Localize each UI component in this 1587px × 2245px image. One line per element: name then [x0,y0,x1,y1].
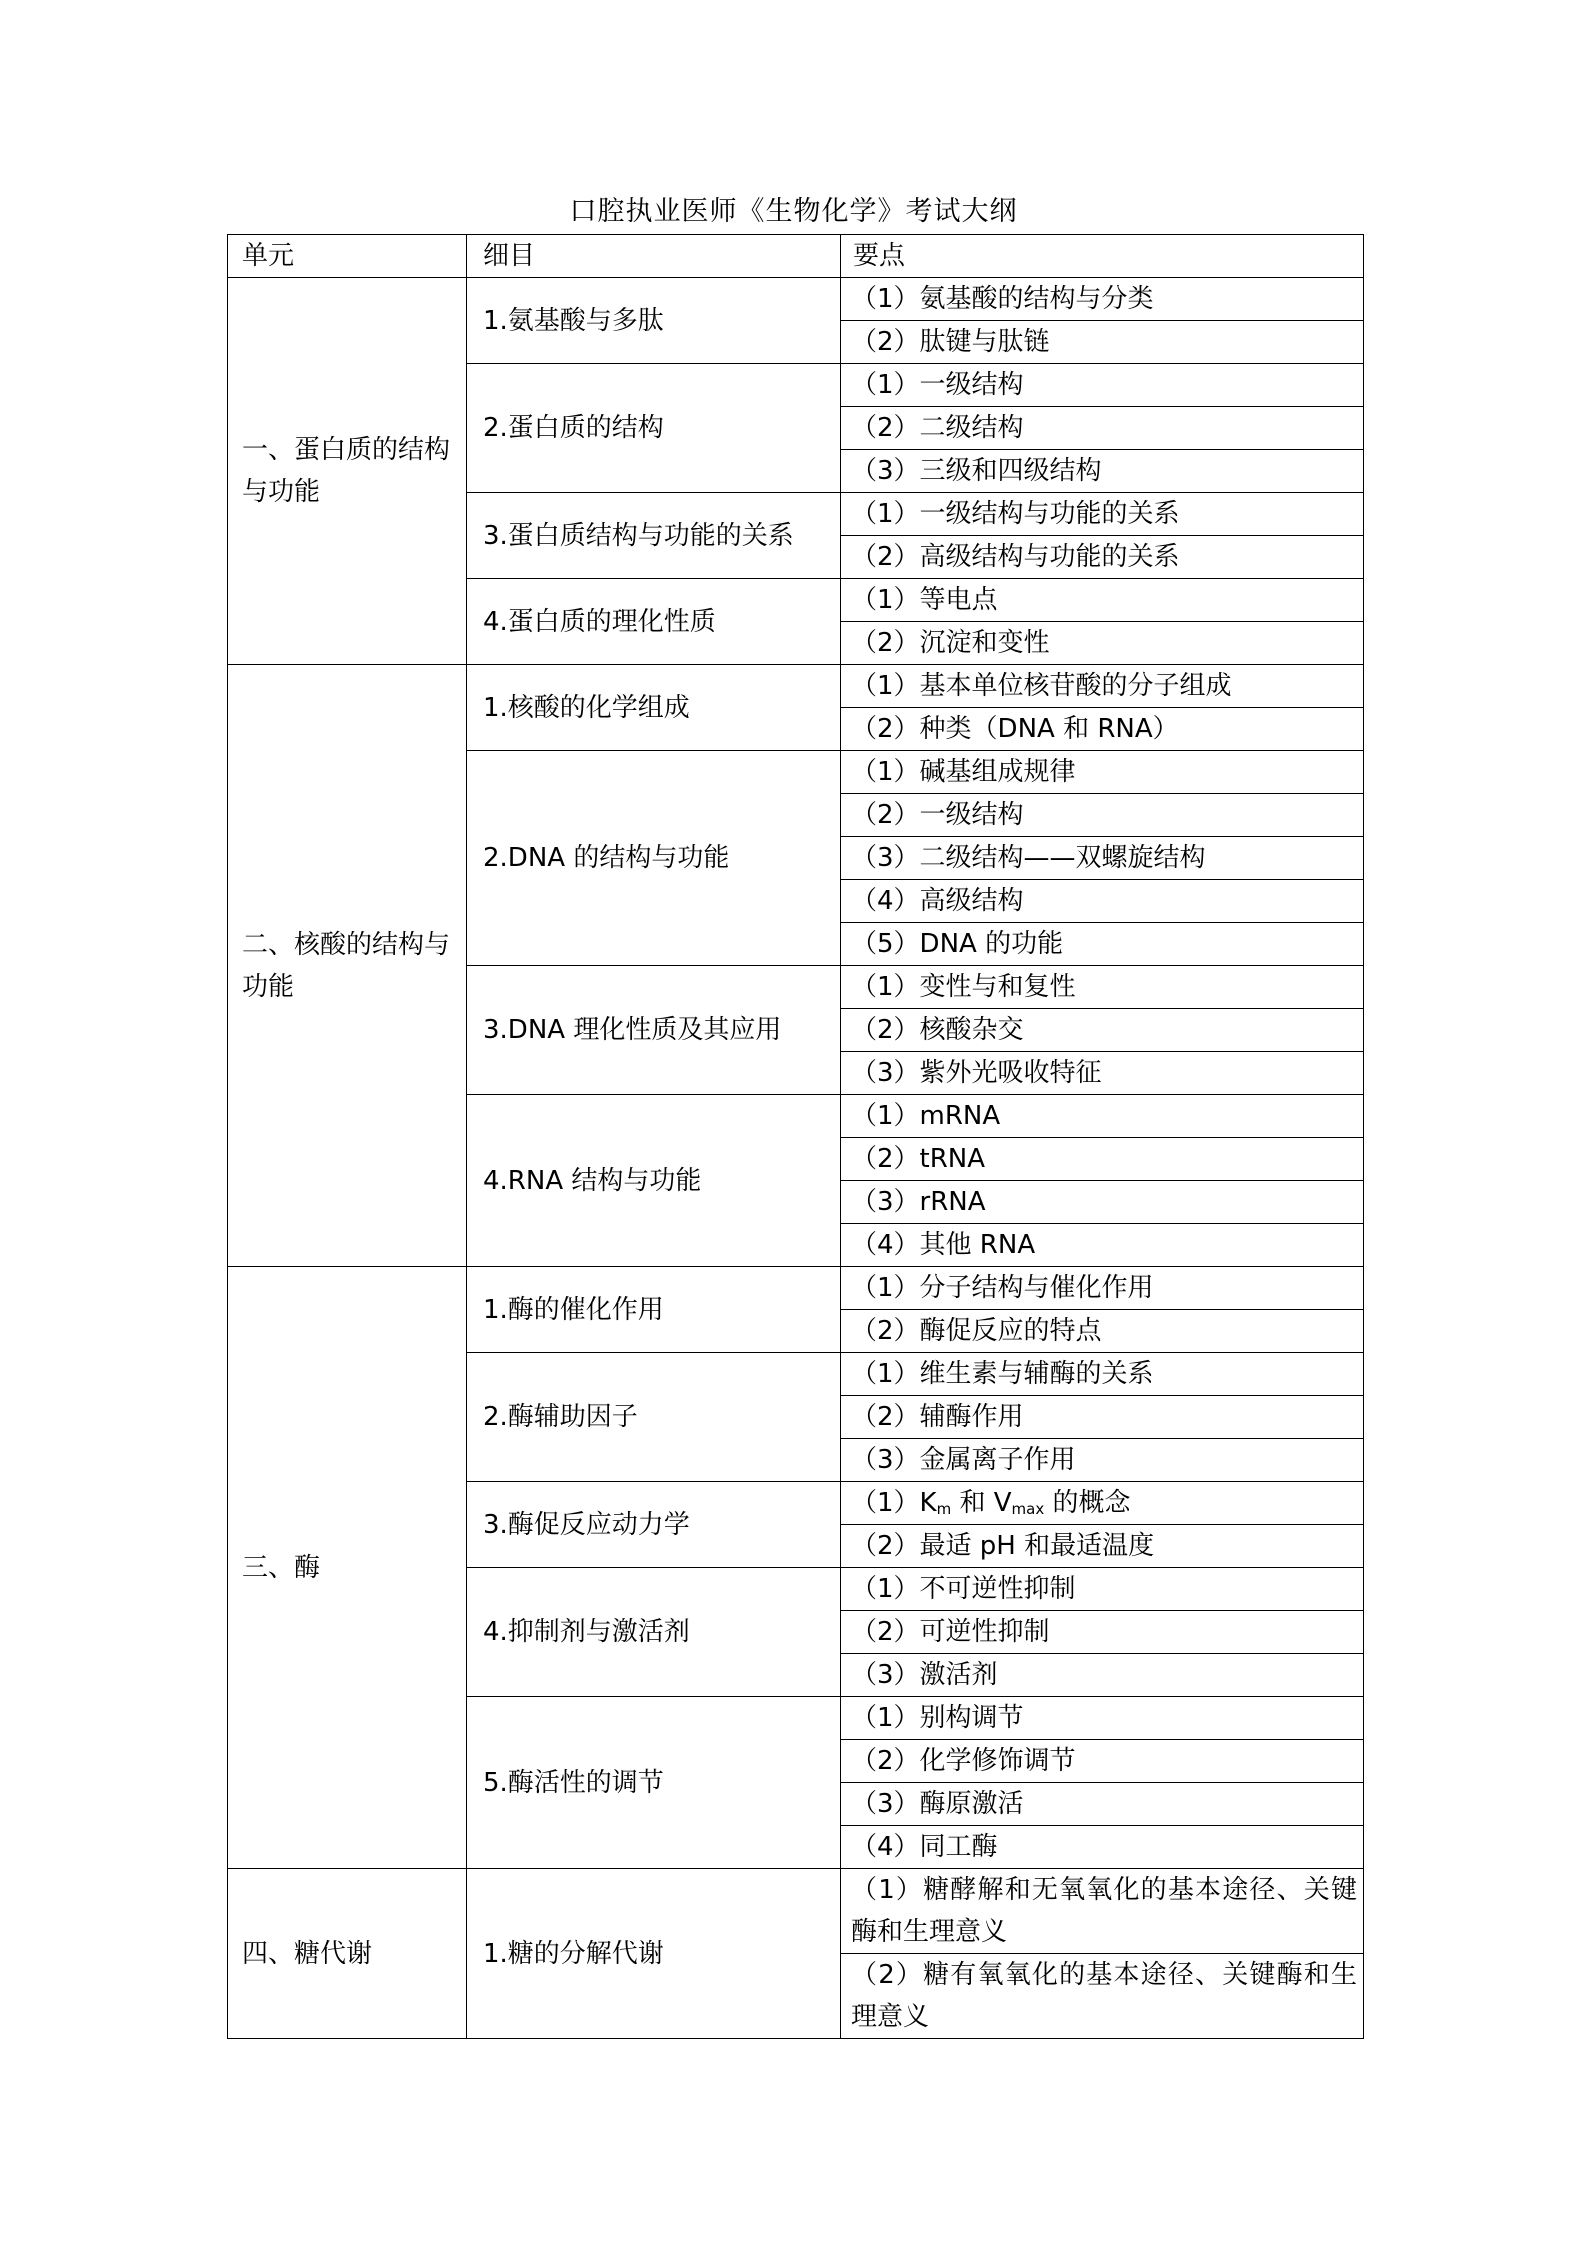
point-cell: （1）一级结构与功能的关系 [841,493,1364,536]
point-cell: （4）其他 RNA [841,1224,1364,1267]
point-cell: （2）可逆性抑制 [841,1611,1364,1654]
point-cell: （1）维生素与辅酶的关系 [841,1353,1364,1396]
point-cell: （1）别构调节 [841,1697,1364,1740]
exam-outline-table: 单元 细目 要点 一、蛋白质的结构与功能1.氨基酸与多肽（1）氨基酸的结构与分类… [227,234,1364,2039]
point-cell: （3）酶原激活 [841,1783,1364,1826]
item-cell: 3.DNA 理化性质及其应用 [467,966,841,1095]
point-cell: （2）高级结构与功能的关系 [841,536,1364,579]
point-cell: （1）mRNA [841,1095,1364,1138]
point-cell: （1）Km 和 Vmax 的概念 [841,1482,1364,1525]
table-row: 二、核酸的结构与功能1.核酸的化学组成（1）基本单位核苷酸的分子组成 [228,665,1364,708]
point-cell: （1）基本单位核苷酸的分子组成 [841,665,1364,708]
item-cell: 2.酶辅助因子 [467,1353,841,1482]
point-cell: （1）碱基组成规律 [841,751,1364,794]
point-cell: （2）化学修饰调节 [841,1740,1364,1783]
unit-label-line: 四、糖代谢 [242,1933,466,1975]
point-cell: （2）tRNA [841,1138,1364,1181]
unit-label-line: 功能 [242,966,466,1008]
unit-cell: 二、核酸的结构与功能 [228,665,467,1267]
point-cell: （1）不可逆性抑制 [841,1568,1364,1611]
point-cell: （2）最适 pH 和最适温度 [841,1525,1364,1568]
point-cell: （1）一级结构 [841,364,1364,407]
point-cell: （1）氨基酸的结构与分类 [841,278,1364,321]
unit-label-line: 三、酶 [242,1547,466,1589]
point-text-segment: 和 V [951,1488,1011,1518]
point-cell: （2）酶促反应的特点 [841,1310,1364,1353]
unit-label-line: 二、核酸的结构与 [242,924,466,966]
point-cell: （2）辅酶作用 [841,1396,1364,1439]
point-text-segment: 的概念 [1044,1488,1130,1518]
item-cell: 3.蛋白质结构与功能的关系 [467,493,841,579]
point-cell: （4）同工酶 [841,1826,1364,1869]
table-body: 一、蛋白质的结构与功能1.氨基酸与多肽（1）氨基酸的结构与分类（2）肽键与肽链2… [228,278,1364,2039]
point-cell: （2）二级结构 [841,407,1364,450]
item-cell: 1.氨基酸与多肽 [467,278,841,364]
item-cell: 4.蛋白质的理化性质 [467,579,841,665]
page-title: 口腔执业医师《生物化学》考试大纲 [0,192,1587,232]
point-cell: （5）DNA 的功能 [841,923,1364,966]
point-cell: （4）高级结构 [841,880,1364,923]
point-cell: （2）一级结构 [841,794,1364,837]
table-row: 一、蛋白质的结构与功能1.氨基酸与多肽（1）氨基酸的结构与分类 [228,278,1364,321]
point-cell: （3）金属离子作用 [841,1439,1364,1482]
header-points: 要点 [841,235,1364,278]
item-cell: 1.酶的催化作用 [467,1267,841,1353]
point-cell: （3）激活剂 [841,1654,1364,1697]
point-cell: （2）种类（DNA 和 RNA） [841,708,1364,751]
point-cell: （1）分子结构与催化作用 [841,1267,1364,1310]
item-cell: 2.蛋白质的结构 [467,364,841,493]
unit-label-line: 与功能 [242,471,466,513]
subscript: m [937,1500,952,1518]
point-cell: （1）等电点 [841,579,1364,622]
header-unit: 单元 [228,235,467,278]
point-cell: （1）变性与和复性 [841,966,1364,1009]
point-cell: （3）三级和四级结构 [841,450,1364,493]
header-item: 细目 [467,235,841,278]
point-cell: （1）糖酵解和无氧氧化的基本途径、关键酶和生理意义 [841,1869,1364,1954]
point-cell: （2）肽键与肽链 [841,321,1364,364]
item-cell: 4.抑制剂与激活剂 [467,1568,841,1697]
table-row: 四、糖代谢1.糖的分解代谢（1）糖酵解和无氧氧化的基本途径、关键酶和生理意义 [228,1869,1364,1954]
point-cell: （2）核酸杂交 [841,1009,1364,1052]
subscript: max [1012,1500,1045,1518]
table-header-row: 单元 细目 要点 [228,235,1364,278]
item-cell: 2.DNA 的结构与功能 [467,751,841,966]
unit-cell: 四、糖代谢 [228,1869,467,2039]
item-cell: 1.糖的分解代谢 [467,1869,841,2039]
unit-cell: 三、酶 [228,1267,467,1869]
point-cell: （2）沉淀和变性 [841,622,1364,665]
table-row: 三、酶1.酶的催化作用（1）分子结构与催化作用 [228,1267,1364,1310]
item-cell: 5.酶活性的调节 [467,1697,841,1869]
unit-cell: 一、蛋白质的结构与功能 [228,278,467,665]
point-text-segment: （1）K [851,1488,937,1518]
point-cell: （3）二级结构——双螺旋结构 [841,837,1364,880]
item-cell: 1.核酸的化学组成 [467,665,841,751]
point-cell: （3）rRNA [841,1181,1364,1224]
point-cell: （2）糖有氧氧化的基本途径、关键酶和生理意义 [841,1954,1364,2039]
item-cell: 4.RNA 结构与功能 [467,1095,841,1267]
item-cell: 3.酶促反应动力学 [467,1482,841,1568]
point-cell: （3）紫外光吸收特征 [841,1052,1364,1095]
unit-label-line: 一、蛋白质的结构 [242,429,466,471]
